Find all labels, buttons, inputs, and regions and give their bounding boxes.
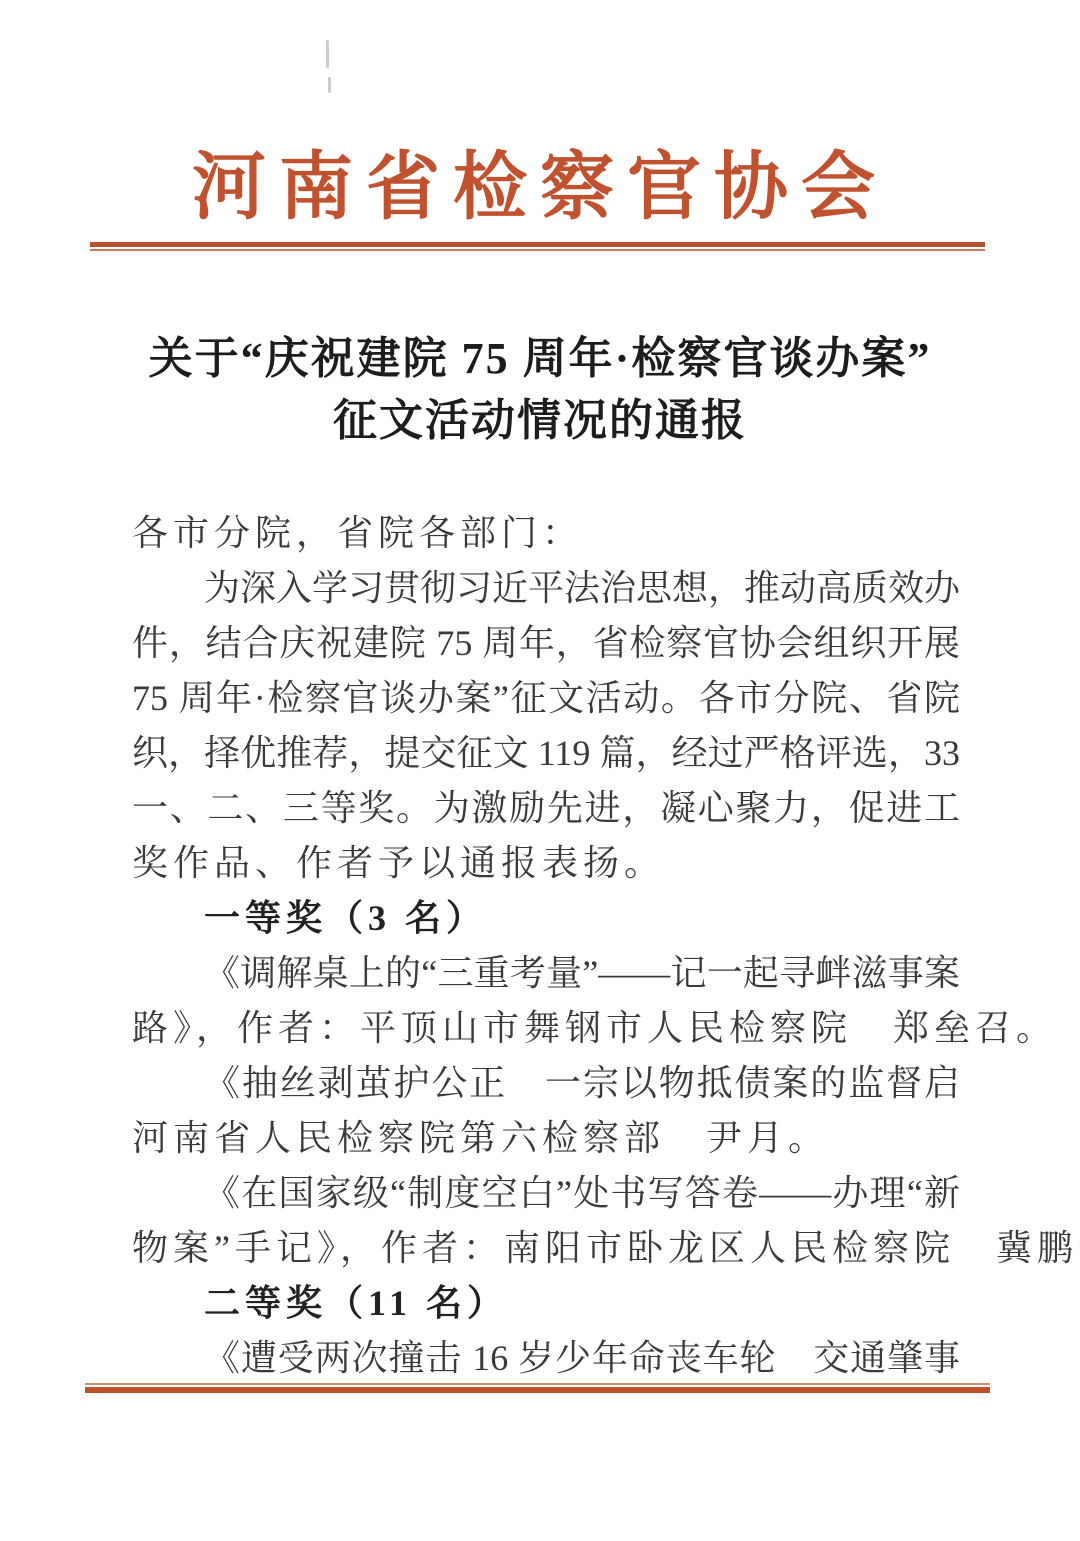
document-title-line-2: 征文活动情况的通报 bbox=[0, 390, 1080, 452]
divider-thin-line bbox=[85, 1383, 990, 1385]
body-line: 河南省人民检察院第六检察部 尹月。 bbox=[132, 1111, 960, 1166]
body-line: 《抽丝剥茧护公正 一宗以物抵债案的监督启示》，作者： bbox=[132, 1056, 960, 1111]
body-line: 《遭受两次撞击 16 岁少年命丧车轮 交通肇事还是故意杀 bbox=[132, 1331, 960, 1386]
body-line: 织，择优推荐，提交征文 119 篇，经过严格评选，33 篇征文分获 bbox=[132, 726, 960, 781]
body-line: 路》，作者：平顶山市舞钢市人民检察院 郑垒召。 bbox=[132, 1001, 960, 1056]
document-body: 各市分院，省院各部门： 为深入学习贯彻习近平法治思想，推动高质效办好每一个案 件… bbox=[132, 506, 960, 1386]
first-prize-heading: 一等奖（3 名） bbox=[132, 891, 960, 946]
document-title: 关于“庆祝建院 75 周年·检察官谈办案” 征文活动情况的通报 bbox=[0, 328, 1080, 452]
scan-artifact bbox=[326, 40, 329, 68]
body-line: 奖作品、作者予以通报表扬。 bbox=[132, 836, 960, 891]
document-title-line-1: 关于“庆祝建院 75 周年·检察官谈办案” bbox=[0, 328, 1080, 390]
divider-thick-line bbox=[85, 1387, 990, 1393]
letterhead-org-name: 河南省检察官协会 bbox=[0, 140, 1080, 236]
letterhead-divider bbox=[90, 242, 985, 251]
body-line: 物案”手记》，作者：南阳市卧龙区人民检察院 冀鹏毅 袁慧。 bbox=[132, 1221, 960, 1276]
footer-divider bbox=[85, 1383, 990, 1393]
second-prize-heading: 二等奖（11 名） bbox=[132, 1276, 960, 1331]
scanned-document-page: 河南省检察官协会 关于“庆祝建院 75 周年·检察官谈办案” 征文活动情况的通报… bbox=[0, 0, 1080, 1541]
body-line: 一、二、三等奖。为激励先进，凝心聚力，促进工作，现对获 bbox=[132, 781, 960, 836]
salutation-line: 各市分院，省院各部门： bbox=[132, 506, 960, 561]
body-line: 件，结合庆祝建院 75 周年，省检察官协会组织开展了“庆祝建院 bbox=[132, 616, 960, 671]
body-line: 75 周年·检察官谈办案”征文活动。各市分院、省院各部门认真组 bbox=[132, 671, 960, 726]
divider-thick-line bbox=[90, 242, 985, 247]
body-line: 《在国家级“制度空白”处书写答卷——办理“新型那非类衍生 bbox=[132, 1166, 960, 1221]
body-line: 《调解桌上的“三重考量”——记一起寻衅滋事案的和解之 bbox=[132, 946, 960, 1001]
body-line: 为深入学习贯彻习近平法治思想，推动高质效办好每一个案 bbox=[132, 561, 960, 616]
divider-thin-line bbox=[90, 249, 985, 251]
